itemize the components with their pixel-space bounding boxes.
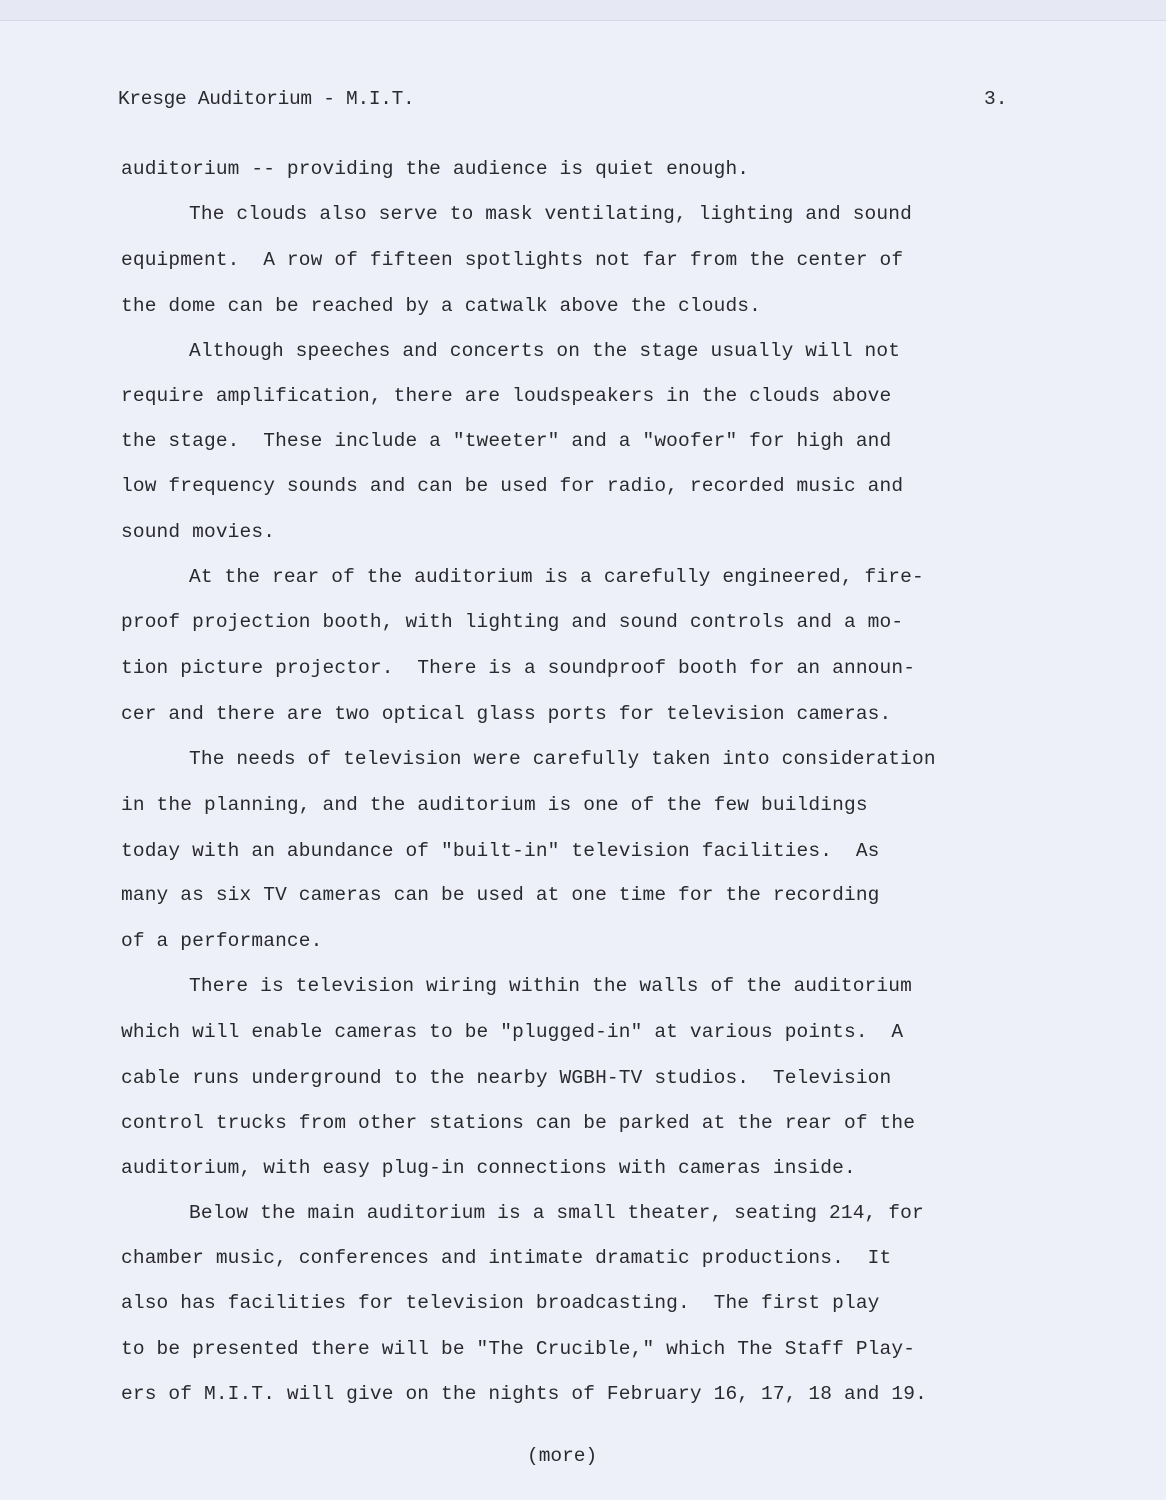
text-line: chamber music, conferences and intimate … xyxy=(121,1247,891,1269)
text-line: require amplification, there are loudspe… xyxy=(121,385,891,407)
text-line: the stage. These include a "tweeter" and… xyxy=(121,430,891,452)
text-line: which will enable cameras to be "plugged… xyxy=(121,1021,903,1043)
text-line: There is television wiring within the wa… xyxy=(189,975,912,997)
text-line: Although speeches and concerts on the st… xyxy=(189,340,900,362)
page-number: 3. xyxy=(984,88,1007,110)
text-line: many as six TV cameras can be used at on… xyxy=(121,884,880,906)
text-line: low frequency sounds and can be used for… xyxy=(121,475,903,497)
text-line: sound movies. xyxy=(121,521,275,543)
text-line: ers of M.I.T. will give on the nights of… xyxy=(121,1383,927,1405)
text-line: control trucks from other stations can b… xyxy=(121,1112,915,1134)
text-line: today with an abundance of "built-in" te… xyxy=(121,840,880,862)
text-line: equipment. A row of fifteen spotlights n… xyxy=(121,249,903,271)
text-line: to be presented there will be "The Cruci… xyxy=(121,1338,915,1360)
text-line: in the planning, and the auditorium is o… xyxy=(121,794,868,816)
document-title: Kresge Auditorium - M.I.T. xyxy=(118,88,414,110)
typewritten-page: Kresge Auditorium - M.I.T. 3. auditorium… xyxy=(0,0,1166,1500)
text-line: the dome can be reached by a catwalk abo… xyxy=(121,295,761,317)
page-header: Kresge Auditorium - M.I.T. 3. xyxy=(118,88,1018,118)
text-line: At the rear of the auditorium is a caref… xyxy=(189,566,924,588)
text-line: tion picture projector. There is a sound… xyxy=(121,657,915,679)
continuation-marker: (more) xyxy=(527,1445,597,1467)
text-line: auditorium, with easy plug-in connection… xyxy=(121,1157,856,1179)
text-line: auditorium -- providing the audience is … xyxy=(121,158,749,180)
text-line: also has facilities for television broad… xyxy=(121,1292,880,1314)
text-line: proof projection booth, with lighting an… xyxy=(121,611,903,633)
text-line: The clouds also serve to mask ventilatin… xyxy=(189,203,912,225)
text-line: of a performance. xyxy=(121,930,322,952)
text-line: The needs of television were carefully t… xyxy=(189,748,936,770)
text-line: Below the main auditorium is a small the… xyxy=(189,1202,924,1224)
text-line: cable runs underground to the nearby WGB… xyxy=(121,1067,891,1089)
text-line: cer and there are two optical glass port… xyxy=(121,703,891,725)
